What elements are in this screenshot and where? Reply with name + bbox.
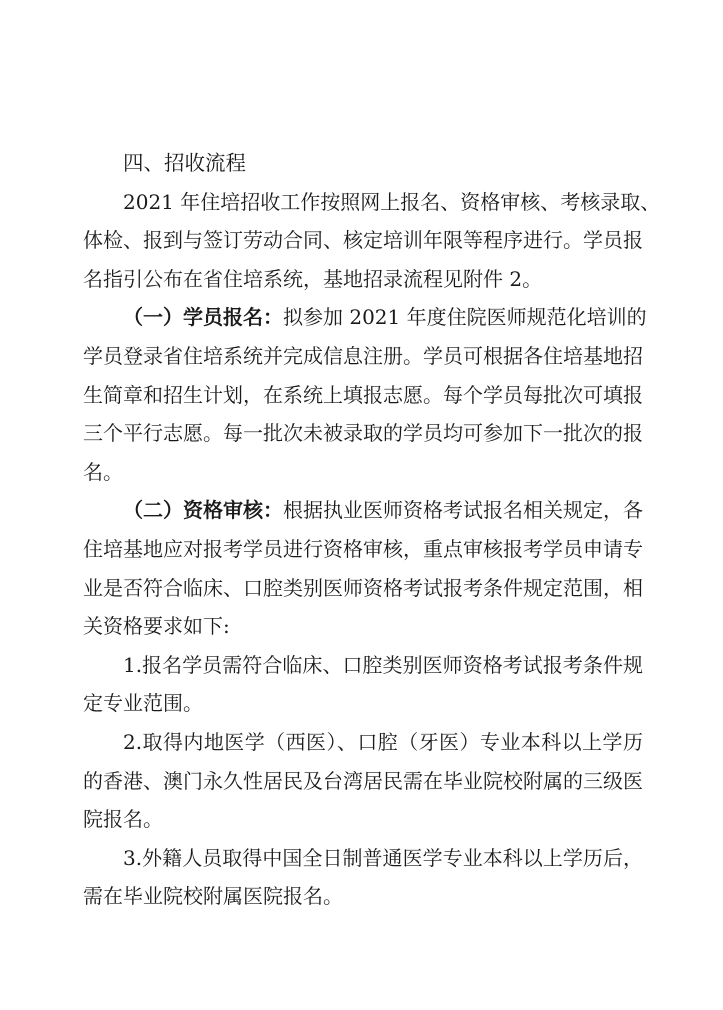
requirement-item-1: 1.报名学员需符合临床、口腔类别医师资格考试报考条件规 定专业范围。 (83, 646, 643, 723)
document-page: 四、招收流程 2021 年住培招收工作按照网上报名、资格审核、考核录取、 体检、… (83, 144, 643, 916)
paragraph-line: （二）资格审核：根据执业医师资格考试报名相关规定，各 (83, 491, 643, 530)
paragraph-line: 体检、报到与签订劳动合同、核定培训年限等程序进行。学员报 (83, 221, 643, 260)
paragraph-line: 2021 年住培招收工作按照网上报名、资格审核、考核录取、 (83, 183, 643, 222)
paragraph-line: 需在毕业院校附属医院报名。 (83, 877, 643, 916)
paragraph-line: 院报名。 (83, 800, 643, 839)
paragraph-line: 的香港、澳门永久性居民及台湾居民需在毕业院校附属的三级医 (83, 762, 643, 801)
paragraph-line: 定专业范围。 (83, 684, 643, 723)
paragraph-line: 住培基地应对报考学员进行资格审核，重点审核报考学员申请专 (83, 530, 643, 569)
paragraph-text: 根据执业医师资格考试报名相关规定，各 (283, 498, 643, 522)
paragraph-line: 名指引公布在省住培系统，基地招录流程见附件 2。 (83, 260, 643, 299)
paragraph-line: 3.外籍人员取得中国全日制普通医学专业本科以上学历后， (83, 839, 643, 878)
paragraph-text: 拟参加 2021 年度住院医师规范化培训的 (283, 305, 647, 329)
requirement-item-3: 3.外籍人员取得中国全日制普通医学专业本科以上学历后， 需在毕业院校附属医院报名… (83, 839, 643, 916)
section-heading: 四、招收流程 (83, 144, 643, 183)
paragraph-line: 学员登录省住培系统并完成信息注册。学员可根据各住培基地招 (83, 337, 643, 376)
subsection-label: （一）学员报名： (123, 305, 283, 329)
paragraph-line: 1.报名学员需符合临床、口腔类别医师资格考试报考条件规 (83, 646, 643, 685)
paragraph-line: （一）学员报名：拟参加 2021 年度住院医师规范化培训的 (83, 298, 643, 337)
paragraph-line: 生简章和招生计划，在系统上填报志愿。每个学员每批次可填报 (83, 376, 643, 415)
requirement-item-2: 2.取得内地医学（西医）、口腔（牙医）专业本科以上学历 的香港、澳门永久性居民及… (83, 723, 643, 839)
paragraph-line: 业是否符合临床、口腔类别医师资格考试报考条件规定范围，相 (83, 569, 643, 608)
subsection-qualification-review: （二）资格审核：根据执业医师资格考试报名相关规定，各 住培基地应对报考学员进行资… (83, 491, 643, 645)
paragraph-line: 2.取得内地医学（西医）、口腔（牙医）专业本科以上学历 (83, 723, 643, 762)
subsection-label: （二）资格审核： (123, 498, 283, 522)
subsection-registration: （一）学员报名：拟参加 2021 年度住院医师规范化培训的 学员登录省住培系统并… (83, 298, 643, 491)
paragraph-line: 三个平行志愿。每一批次未被录取的学员均可参加下一批次的报 (83, 414, 643, 453)
paragraph-line: 名。 (83, 453, 643, 492)
paragraph-line: 关资格要求如下: (83, 607, 643, 646)
intro-paragraph: 2021 年住培招收工作按照网上报名、资格审核、考核录取、 体检、报到与签订劳动… (83, 183, 643, 299)
